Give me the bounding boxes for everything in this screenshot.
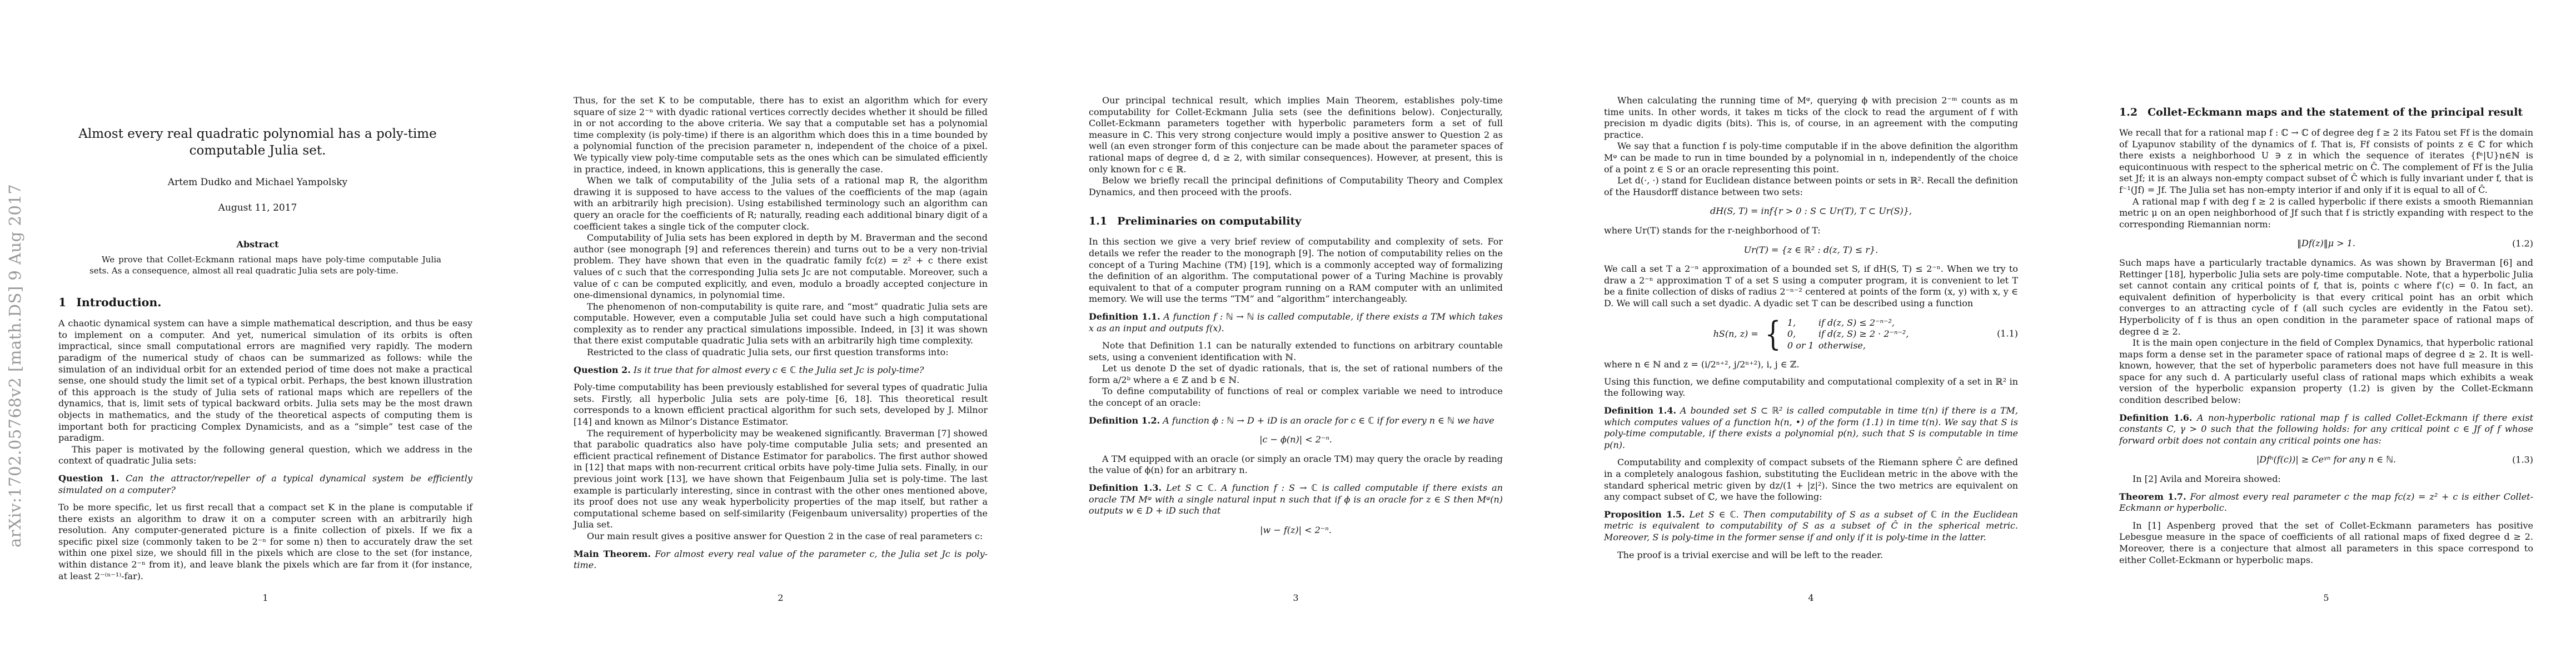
section-1-2-heading: 1.2 Collet-Eckmann maps and the statemen…: [2119, 106, 2533, 119]
paragraph: where Ur(T) stands for the r-neighborhoo…: [1604, 225, 2018, 237]
equation-hausdorff: dH(S, T) = inf{r > 0 : S ⊂ Ur(T), T ⊂ Ur…: [1604, 206, 2018, 217]
paragraph: To define computability of functions of …: [1089, 386, 1503, 409]
case-condition: if d(z, S) ≥ 2 · 2⁻ⁿ⁻²,: [1818, 328, 1909, 340]
question-2: Question 2. Is it true that for almost e…: [574, 365, 988, 376]
proposition-1-5: Proposition 1.5. Let S ∈ ℂ. Then computa…: [1604, 509, 2018, 544]
paragraph: The phenomenon of non-computability is q…: [574, 301, 988, 347]
definition-1-1-label: Definition 1.1.: [1089, 311, 1160, 322]
paragraph: In [2] Avila and Moreira showed:: [2119, 474, 2533, 485]
case-value: 0 or 1: [1787, 340, 1818, 352]
main-theorem: Main Theorem. For almost every real valu…: [574, 549, 988, 571]
title-block: Almost every real quadratic polynomial h…: [0, 0, 515, 250]
question-2-label: Question 2.: [574, 365, 631, 375]
theorem-1-7-label: Theorem 1.7.: [2119, 491, 2186, 502]
date: August 11, 2017: [0, 202, 515, 213]
case-condition: if d(z, S) ≤ 2⁻ⁿ⁻²,: [1818, 317, 1895, 329]
equation-1-1: hS(n, z) = { 1, if d(z, S) ≤ 2⁻ⁿ⁻², 0, i…: [1604, 317, 2018, 352]
definition-1-6: Definition 1.6. A non-hyperbolic rationa…: [2119, 412, 2533, 447]
paragraph: The requirement of hyperbolicity may be …: [574, 428, 988, 531]
paragraph: Computability of Julia sets has been exp…: [574, 232, 988, 301]
page-2: Thus, for the set K to be computable, th…: [515, 0, 1030, 667]
paragraph: Note that Definition 1.1 can be naturall…: [1089, 340, 1503, 363]
paragraph: We call a set T a 2⁻ⁿ approximation of a…: [1604, 263, 2018, 309]
definition-1-6-label: Definition 1.6.: [2119, 412, 2193, 423]
paragraph: Our principal technical result, which im…: [1089, 95, 1503, 175]
page-1: arXiv:1702.05768v2 [math.DS] 9 Aug 2017 …: [0, 0, 515, 667]
equation-1-3-body: |Dfⁿ(f(c))| ≥ Ceᵞⁿ for any n ∈ ℕ.: [2256, 454, 2396, 465]
equation-1-3-label: (1.3): [2512, 454, 2533, 466]
paragraph: Thus, for the set K to be computable, th…: [574, 95, 988, 175]
paper-title-line1: Almost every real quadratic polynomial h…: [22, 126, 493, 142]
paragraph: In [1] Aspenberg proved that the set of …: [2119, 520, 2533, 566]
case-value: 1,: [1787, 317, 1818, 329]
definition-1-4: Definition 1.4. A bounded set S ⊂ ℝ² is …: [1604, 405, 2018, 451]
paragraph: Using this function, we define computabi…: [1604, 376, 2018, 399]
equation-1-3: |Dfⁿ(f(c))| ≥ Ceᵞⁿ for any n ∈ ℕ. (1.3): [2119, 454, 2533, 466]
page-5: 1.2 Collet-Eckmann maps and the statemen…: [2061, 0, 2576, 667]
definition-1-2: Definition 1.2. A function ϕ : ℕ → D + i…: [1089, 415, 1503, 427]
paragraph: Our main result gives a positive answer …: [574, 531, 988, 542]
equation-output: |w − f(z)| < 2⁻ⁿ.: [1089, 525, 1503, 536]
paragraph: In this section we give a very brief rev…: [1089, 236, 1503, 305]
paragraph: When calculating the running time of Mᵠ,…: [1604, 95, 2018, 141]
equation-1-2-label: (1.2): [2512, 238, 2533, 250]
definition-1-3: Definition 1.3. Let S ⊂ ℂ. A function f …: [1089, 482, 1503, 517]
section-1-heading: 1 Introduction.: [58, 297, 472, 308]
paragraph: Let us denote D the set of dyadic ration…: [1089, 363, 1503, 386]
arxiv-watermark: arXiv:1702.05768v2 [math.DS] 9 Aug 2017: [6, 184, 24, 547]
equation-neighborhood: Ur(T) = {z ∈ ℝ² : d(z, T) ≤ r}.: [1604, 245, 2018, 256]
cases-row: 0 or 1 otherwise,: [1787, 340, 1909, 352]
question-1-text: Can the attractor/repeller of a typical …: [58, 473, 472, 495]
section-1-1-number: 1.1: [1089, 215, 1107, 228]
main-theorem-label: Main Theorem.: [574, 549, 651, 559]
paragraph: To be more specific, let us first recall…: [58, 502, 472, 582]
paragraph: Below we briefly recall the principal de…: [1089, 175, 1503, 198]
authors: Artem Dudko and Michael Yampolsky: [0, 177, 515, 188]
page-3: Our principal technical result, which im…: [1030, 0, 1546, 667]
paragraph: Poly-time computability has been previou…: [574, 382, 988, 427]
paper-title-line2: computable Julia set.: [22, 142, 493, 159]
paragraph: When we talk of computability of the Jul…: [574, 175, 988, 232]
question-1: Question 1. Can the attractor/repeller o…: [58, 473, 472, 496]
paragraph: A chaotic dynamical system can have a si…: [58, 318, 472, 444]
equation-oracle: |c − ϕ(n)| < 2⁻ⁿ.: [1089, 434, 1503, 446]
cases-grid: 1, if d(z, S) ≤ 2⁻ⁿ⁻², 0, if d(z, S) ≥ 2…: [1787, 317, 1909, 352]
case-condition: otherwise,: [1818, 340, 1866, 352]
equation-1-2: ‖Df(z)‖μ > 1. (1.2): [2119, 238, 2533, 250]
cases-row: 1, if d(z, S) ≤ 2⁻ⁿ⁻²,: [1787, 317, 1909, 329]
section-1-1-heading: 1.1 Preliminaries on computability: [1089, 215, 1503, 228]
paragraph: It is the main open conjecture in the fi…: [2119, 337, 2533, 406]
page-number: 5: [2119, 593, 2533, 603]
equation-1-1-label: (1.1): [1997, 328, 2018, 340]
paragraph: A TM equipped with an oracle (or simply …: [1089, 454, 1503, 476]
section-1-2-title: Collet-Eckmann maps and the statement of…: [2148, 106, 2523, 119]
paragraph: We say that a function f is poly-time co…: [1604, 141, 2018, 175]
paragraph: Let d(·, ·) stand for Euclidean distance…: [1604, 175, 2018, 198]
section-1-title: Introduction.: [76, 297, 161, 308]
definition-1-4-label: Definition 1.4.: [1604, 405, 1676, 416]
definition-1-1: Definition 1.1. A function f : ℕ → ℕ is …: [1089, 311, 1503, 334]
abstract-text: We prove that Collet-Eckmann rational ma…: [89, 255, 441, 277]
paper-title: Almost every real quadratic polynomial h…: [22, 126, 493, 159]
section-1-2-number: 1.2: [2119, 106, 2137, 119]
paper-5-page-spread: { "watermark": "arXiv:1702.05768v2 [math…: [0, 0, 2576, 667]
page-number: 1: [58, 593, 472, 603]
paragraph: Such maps have a particularly tractable …: [2119, 257, 2533, 337]
definition-1-2-label: Definition 1.2.: [1089, 415, 1160, 426]
equation-1-2-body: ‖Df(z)‖μ > 1.: [2297, 238, 2355, 248]
paragraph: The proof is a trivial exercise and will…: [1604, 550, 2018, 561]
question-1-label: Question 1.: [58, 473, 119, 484]
theorem-1-7: Theorem 1.7. For almost every real param…: [2119, 491, 2533, 514]
section-1-number: 1: [58, 297, 66, 308]
case-value: 0,: [1787, 328, 1818, 340]
left-brace: {: [1765, 318, 1781, 350]
section-1-1-title: Preliminaries on computability: [1117, 215, 1301, 228]
proposition-1-5-label: Proposition 1.5.: [1604, 509, 1685, 520]
paragraph: where n ∈ ℕ and z = (i/2ⁿ⁺², j/2ⁿ⁺²), i,…: [1604, 359, 2018, 371]
abstract-heading: Abstract: [0, 239, 515, 250]
page-number: 2: [574, 593, 988, 603]
page-4: When calculating the running time of Mᵠ,…: [1546, 0, 2061, 667]
definition-1-2-text: A function ϕ : ℕ → D + iD is an oracle f…: [1163, 415, 1494, 426]
paragraph: Restricted to the class of quadratic Jul…: [574, 347, 988, 359]
page-number: 3: [1089, 593, 1503, 603]
question-2-text: Is it true that for almost every c ∈ ℂ t…: [634, 365, 924, 375]
paragraph: A rational map f with deg f ≥ 2 is calle…: [2119, 196, 2533, 231]
definition-1-3-label: Definition 1.3.: [1089, 482, 1162, 493]
paragraph: We recall that for a rational map f : ℂ …: [2119, 127, 2533, 196]
equation-1-1-lhs: hS(n, z) =: [1713, 328, 1758, 340]
paragraph: Computability and complexity of compact …: [1604, 457, 2018, 502]
paragraph: This paper is motivated by the following…: [58, 444, 472, 467]
page-number: 4: [1604, 593, 2018, 603]
cases-row: 0, if d(z, S) ≥ 2 · 2⁻ⁿ⁻²,: [1787, 328, 1909, 340]
